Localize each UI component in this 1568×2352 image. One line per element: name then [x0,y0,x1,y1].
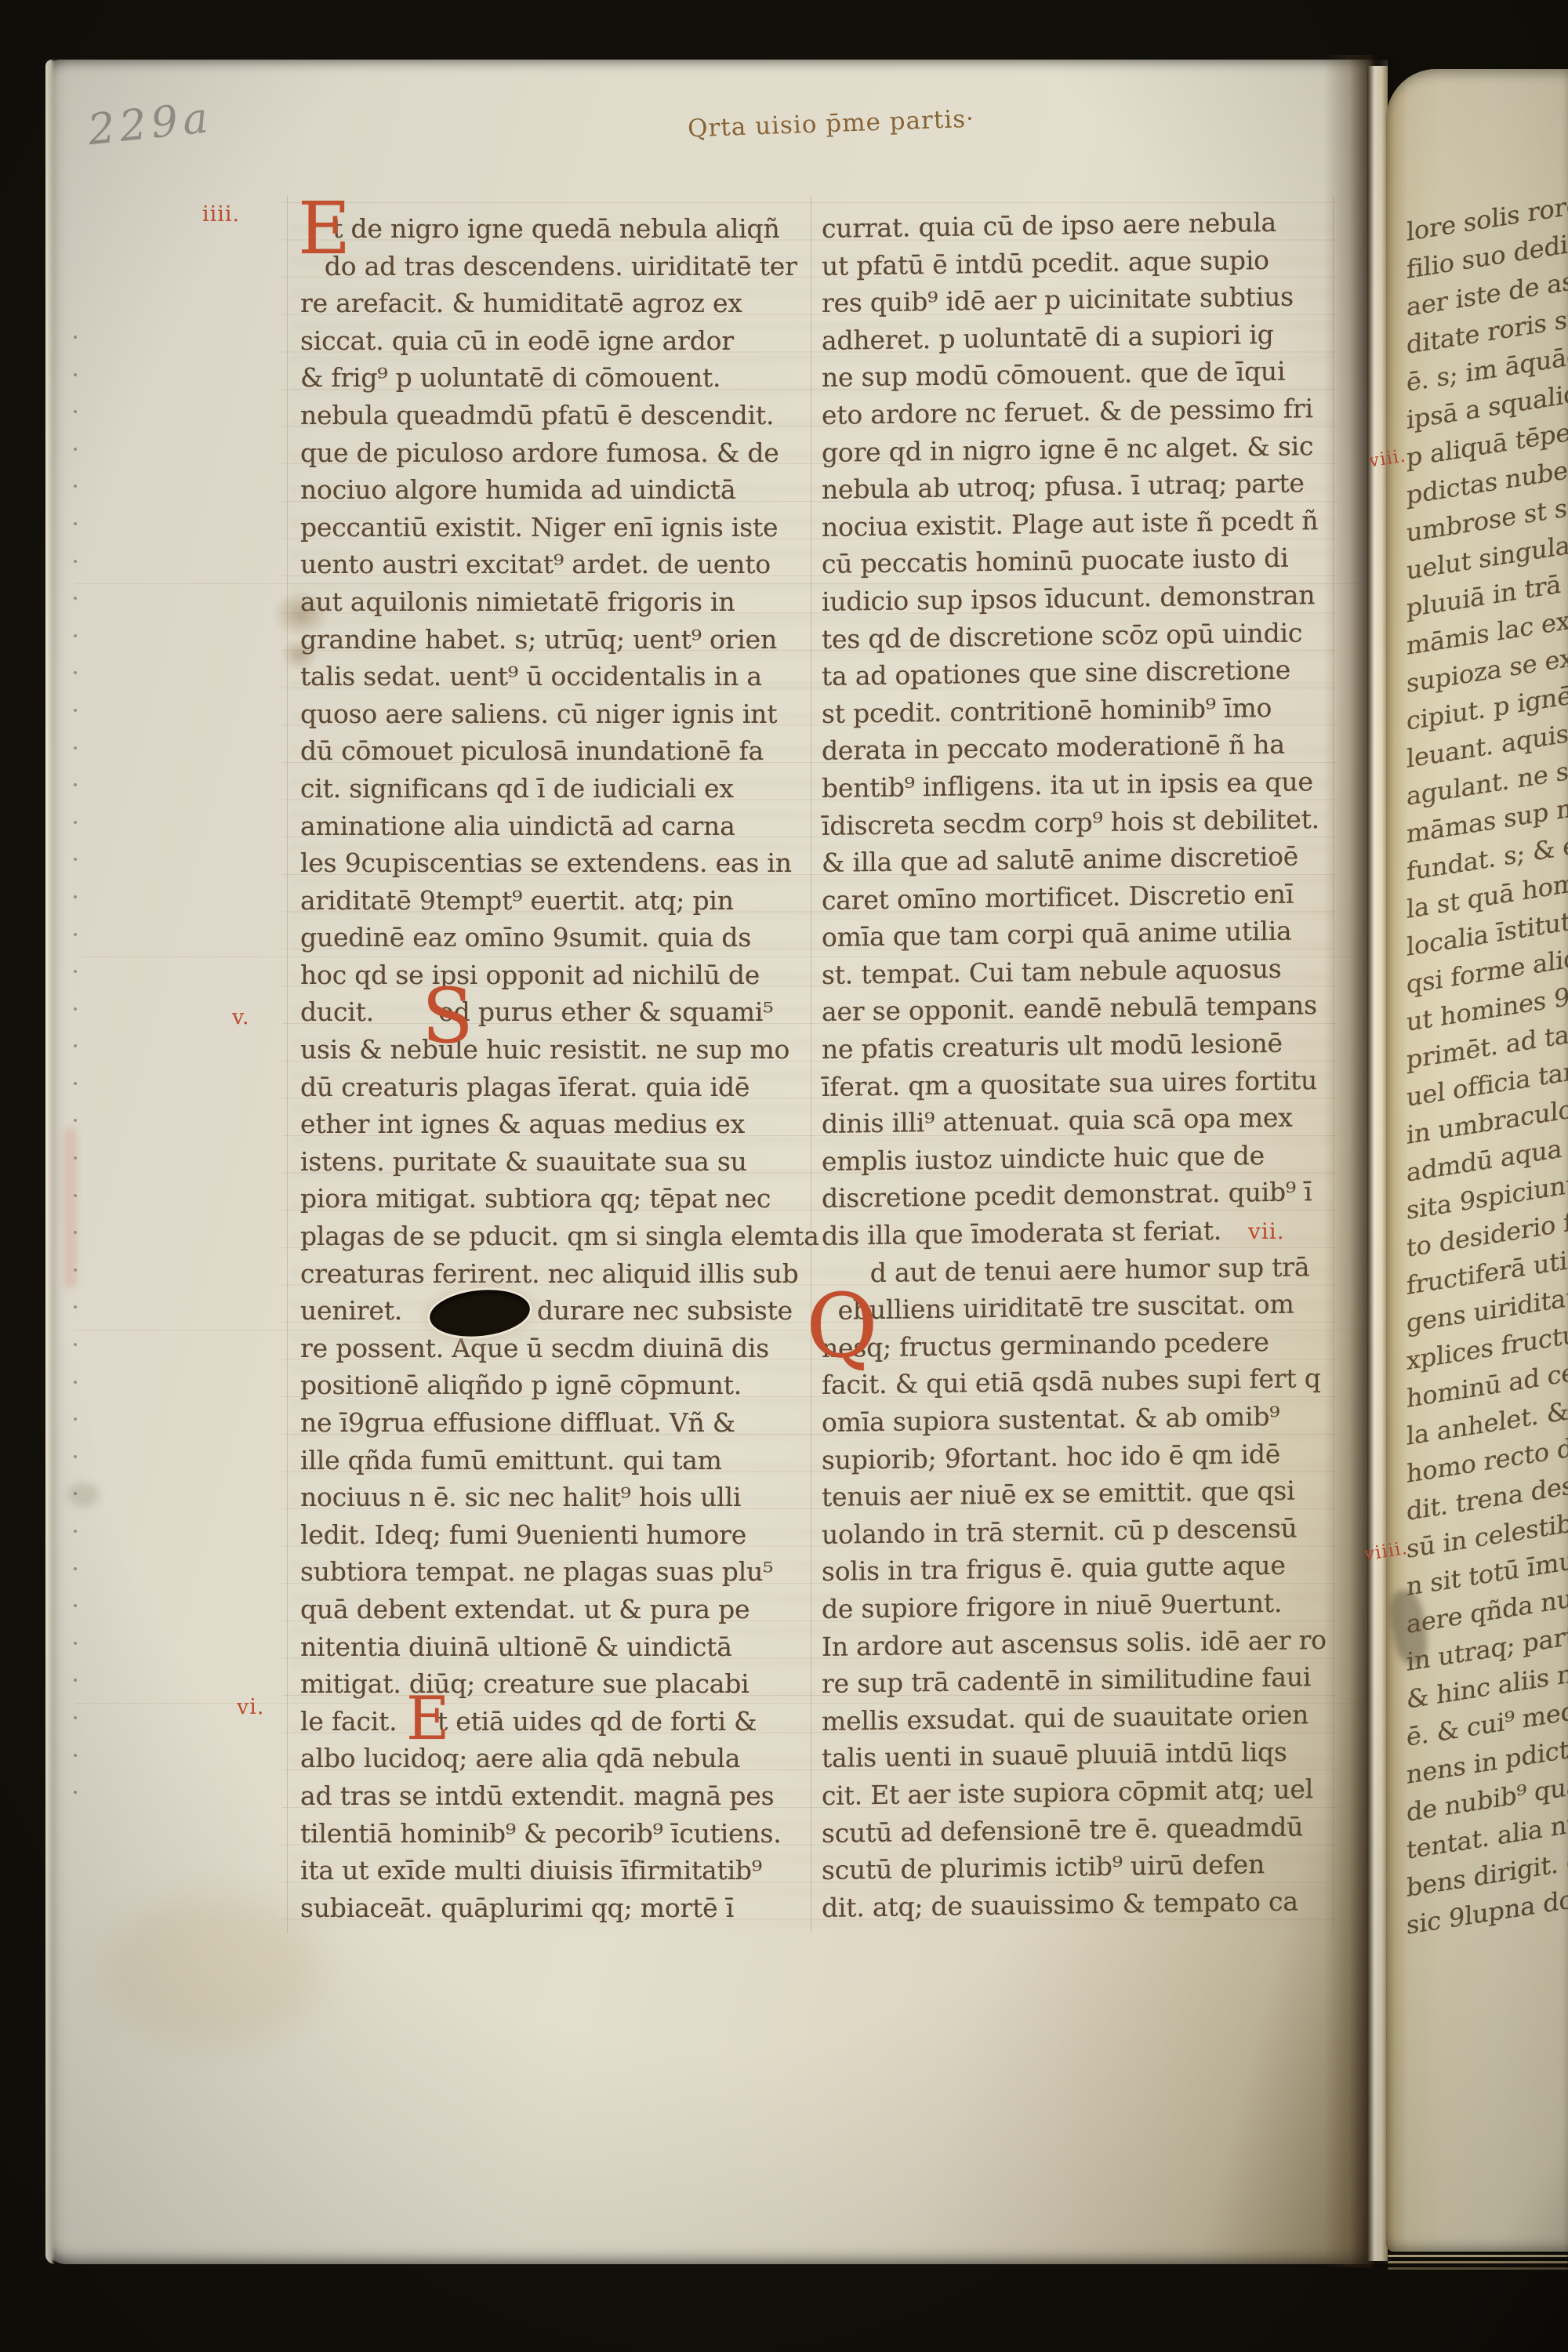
text-line: que de piculoso ardore fumosa. & de [300,434,818,472]
text-line: de supiore frigore in niuē 9uertunt. [822,1584,1339,1628]
text-line: t de nigro igne quedā nebula aliqñ [300,210,818,248]
chapter-numeral-vi: vi. [237,1695,264,1719]
text-line: mitigat. diūq; creature sue placabi [300,1665,818,1703]
prick-hole [74,895,77,898]
prick-hole [74,1791,77,1794]
drop-cap-Q: Q [806,1283,878,1370]
text-line: albo lucidoq; aere alia qdā nebula [300,1740,818,1777]
ruling-vertical-line [287,196,288,1933]
prick-hole [74,1604,77,1607]
text-line: discretione pcedit demonstrat. quib⁹ ī [822,1173,1339,1218]
page-stack-edge [1388,2267,1568,2270]
left-page-edge [45,60,55,2264]
text-line: ne pfatis creaturis ult modū lesionē [822,1024,1339,1069]
pink-smear-stain [64,1127,77,1288]
drop-cap-S: S [422,978,474,1054]
text-line: hoc qd se ipsi opponit ad nichilū de [300,956,818,994]
prick-hole [74,1343,77,1346]
text-line: tilentiā hominib⁹ & pecorib⁹ īcutiens. [300,1815,818,1853]
page-stack-edge [1388,2261,1568,2263]
prick-hole [74,373,77,376]
text-line: grandine habet. s; utrūq; uent⁹ orien [300,621,818,659]
text-line: guedinē eaz omīno 9sumit. quia ds [300,919,818,956]
text-line: quā debent extendat. ut & pura pe [300,1591,818,1628]
prick-hole [74,1455,77,1458]
prick-marks [74,336,78,1828]
text-line: bentib⁹ infligens. ita ut in ipsis ea qu… [822,763,1339,808]
text-line: les 9cupiscentias se extendens. eas in [300,844,818,882]
text-line: uento austri excitat⁹ ardet. de uento [300,546,818,583]
text-line: plagas de se pducit. qm si singla elemta [300,1218,818,1255]
drop-cap-E2: E [406,1689,449,1748]
text-line: usis & nebule huic resistit. ne sup mo [300,1031,818,1069]
text-line: dū cōmouet piculosā inundationē fa [300,732,818,770]
prick-hole [74,1679,77,1682]
text-line: & frig⁹ p uoluntatē di cōmouent. [300,359,818,397]
text-line: aminatione alia uindictā ad carna [300,808,818,845]
text-line: siccat. quia cū in eodē igne ardor [300,322,818,360]
text-line: subtiora tempat. ne plagas suas plu⁵ [300,1553,818,1591]
text-line: nitentia diuinā ultionē & uindictā [300,1628,818,1666]
drop-cap-E: E [298,193,350,265]
text-line: peccantiū existit. Niger enī ignis iste [300,509,818,546]
text-line: talis sedat. uent⁹ ū occidentalis in a [300,658,818,695]
prick-hole [74,336,77,339]
prick-hole [74,1417,77,1421]
prick-hole [74,709,77,712]
page-stack-edge [1388,2255,1568,2257]
text-line: subiaceāt. quāplurimi qq; mortē ī [300,1889,818,1927]
text-line: ueniret. nec durare nec subsiste [300,1292,818,1330]
faint-stain [67,1483,99,1507]
prick-hole [74,1119,77,1122]
prick-hole [74,783,77,786]
prick-hole [74,970,77,973]
text-line: omīa supiora sustentat. & ab omib⁹ [822,1397,1339,1442]
prick-hole [74,858,77,861]
chapter-numeral-v: v. [232,1005,250,1029]
text-line: le facit. t etiā uides qd de forti & [300,1703,818,1740]
text-line: ille qñda fumū emittunt. qui tam [300,1442,818,1479]
prick-hole [74,1754,77,1757]
prick-hole [74,634,77,637]
prick-hole [74,1530,77,1533]
prick-hole [74,933,77,936]
text-line: nociuo algore humida ad uindictā [300,471,818,509]
right-page-text-fragments: lore solis rore bendictifilio suo dedit … [1406,173,1568,1944]
text-line: ad tras se intdū extendit. magnā pes [300,1777,818,1815]
discoloration-stain [102,1897,321,2046]
prick-hole [74,1567,77,1570]
prick-hole [74,1642,77,1645]
text-line: re arefacit. & humiditatē agroz ex [300,285,818,322]
prick-hole [74,1381,77,1384]
text-line: creaturas ferirent. nec aliquid illis su… [300,1255,818,1293]
text-column-2: currat. quia cū de ipso aere nebulaut pf… [822,203,1339,1927]
text-line: ducit. ed purus ether & squami⁵ [300,993,818,1031]
prick-hole [74,671,77,674]
text-line: quoso aere saliens. cū niger ignis int [300,695,818,733]
prick-hole [74,448,77,451]
text-line: ledit. Ideq; fumi 9uenienti humore [300,1516,818,1554]
text-line: re possent. Aque ū secdm diuinā dis [300,1330,818,1367]
text-line: positionē aliqñdo p ignē cōpmunt. [300,1367,818,1404]
text-line: dit. atq; de suauissimo & tempato ca [822,1882,1339,1927]
text-column-1: t de nigro igne quedā nebula aliqñ do ad… [300,210,818,1926]
prick-hole [74,1305,77,1308]
prick-hole [74,597,77,600]
text-line: eto ardore nc feruet. & de pessimo fri [822,390,1339,434]
leaf-edge [1367,66,1388,2261]
text-line: cit. significans qd ī de iudiciali ex [300,770,818,808]
text-line: nociuus n ē. sic nec halit⁹ hois ulli [300,1479,818,1516]
prick-hole [74,1716,77,1719]
prick-hole [74,1082,77,1085]
prick-hole [74,410,77,413]
prick-hole [74,560,77,563]
text-line: piora mitigat. subtiora qq; tēpat nec [300,1180,818,1218]
prick-hole [74,1007,77,1011]
chapter-numeral-iiii: iiii. [202,202,240,227]
text-line: currat. quia cū de ipso aere nebula [822,203,1339,248]
text-line: ne ī9grua effusione diffluat. Vñ & [300,1404,818,1442]
prick-hole [74,746,77,750]
text-line: ariditatē 9tempt⁹ euertit. atq; pin [300,882,818,920]
prick-hole [74,1044,77,1047]
text-line: dū creaturis plagas īferat. quia idē [300,1069,818,1106]
text-line: iudicio sup ipsos īducunt. demonstran [822,576,1339,621]
text-line: ita ut exīde multi diuisis īfirmitatib⁹ [300,1852,818,1889]
manuscript-photo: 229a Qrta uisio p̄me partis· iiii. v. vi… [0,0,1568,2352]
prick-hole [74,485,77,488]
text-line: ether int ignes & aquas medius ex [300,1105,818,1143]
text-line: aut aquilonis nimietatē frigoris in [300,583,818,621]
prick-hole [74,821,77,824]
text-line: nebula queadmdū pfatū ē descendit. [300,397,818,434]
text-line: cit. Et aer iste supiora cōpmit atq; uel [822,1770,1339,1815]
prick-hole [74,522,77,525]
text-line: do ad tras descendens. uiriditatē ter [300,248,818,285]
text-line: istens. puritate & suauitate sua su [300,1143,818,1181]
